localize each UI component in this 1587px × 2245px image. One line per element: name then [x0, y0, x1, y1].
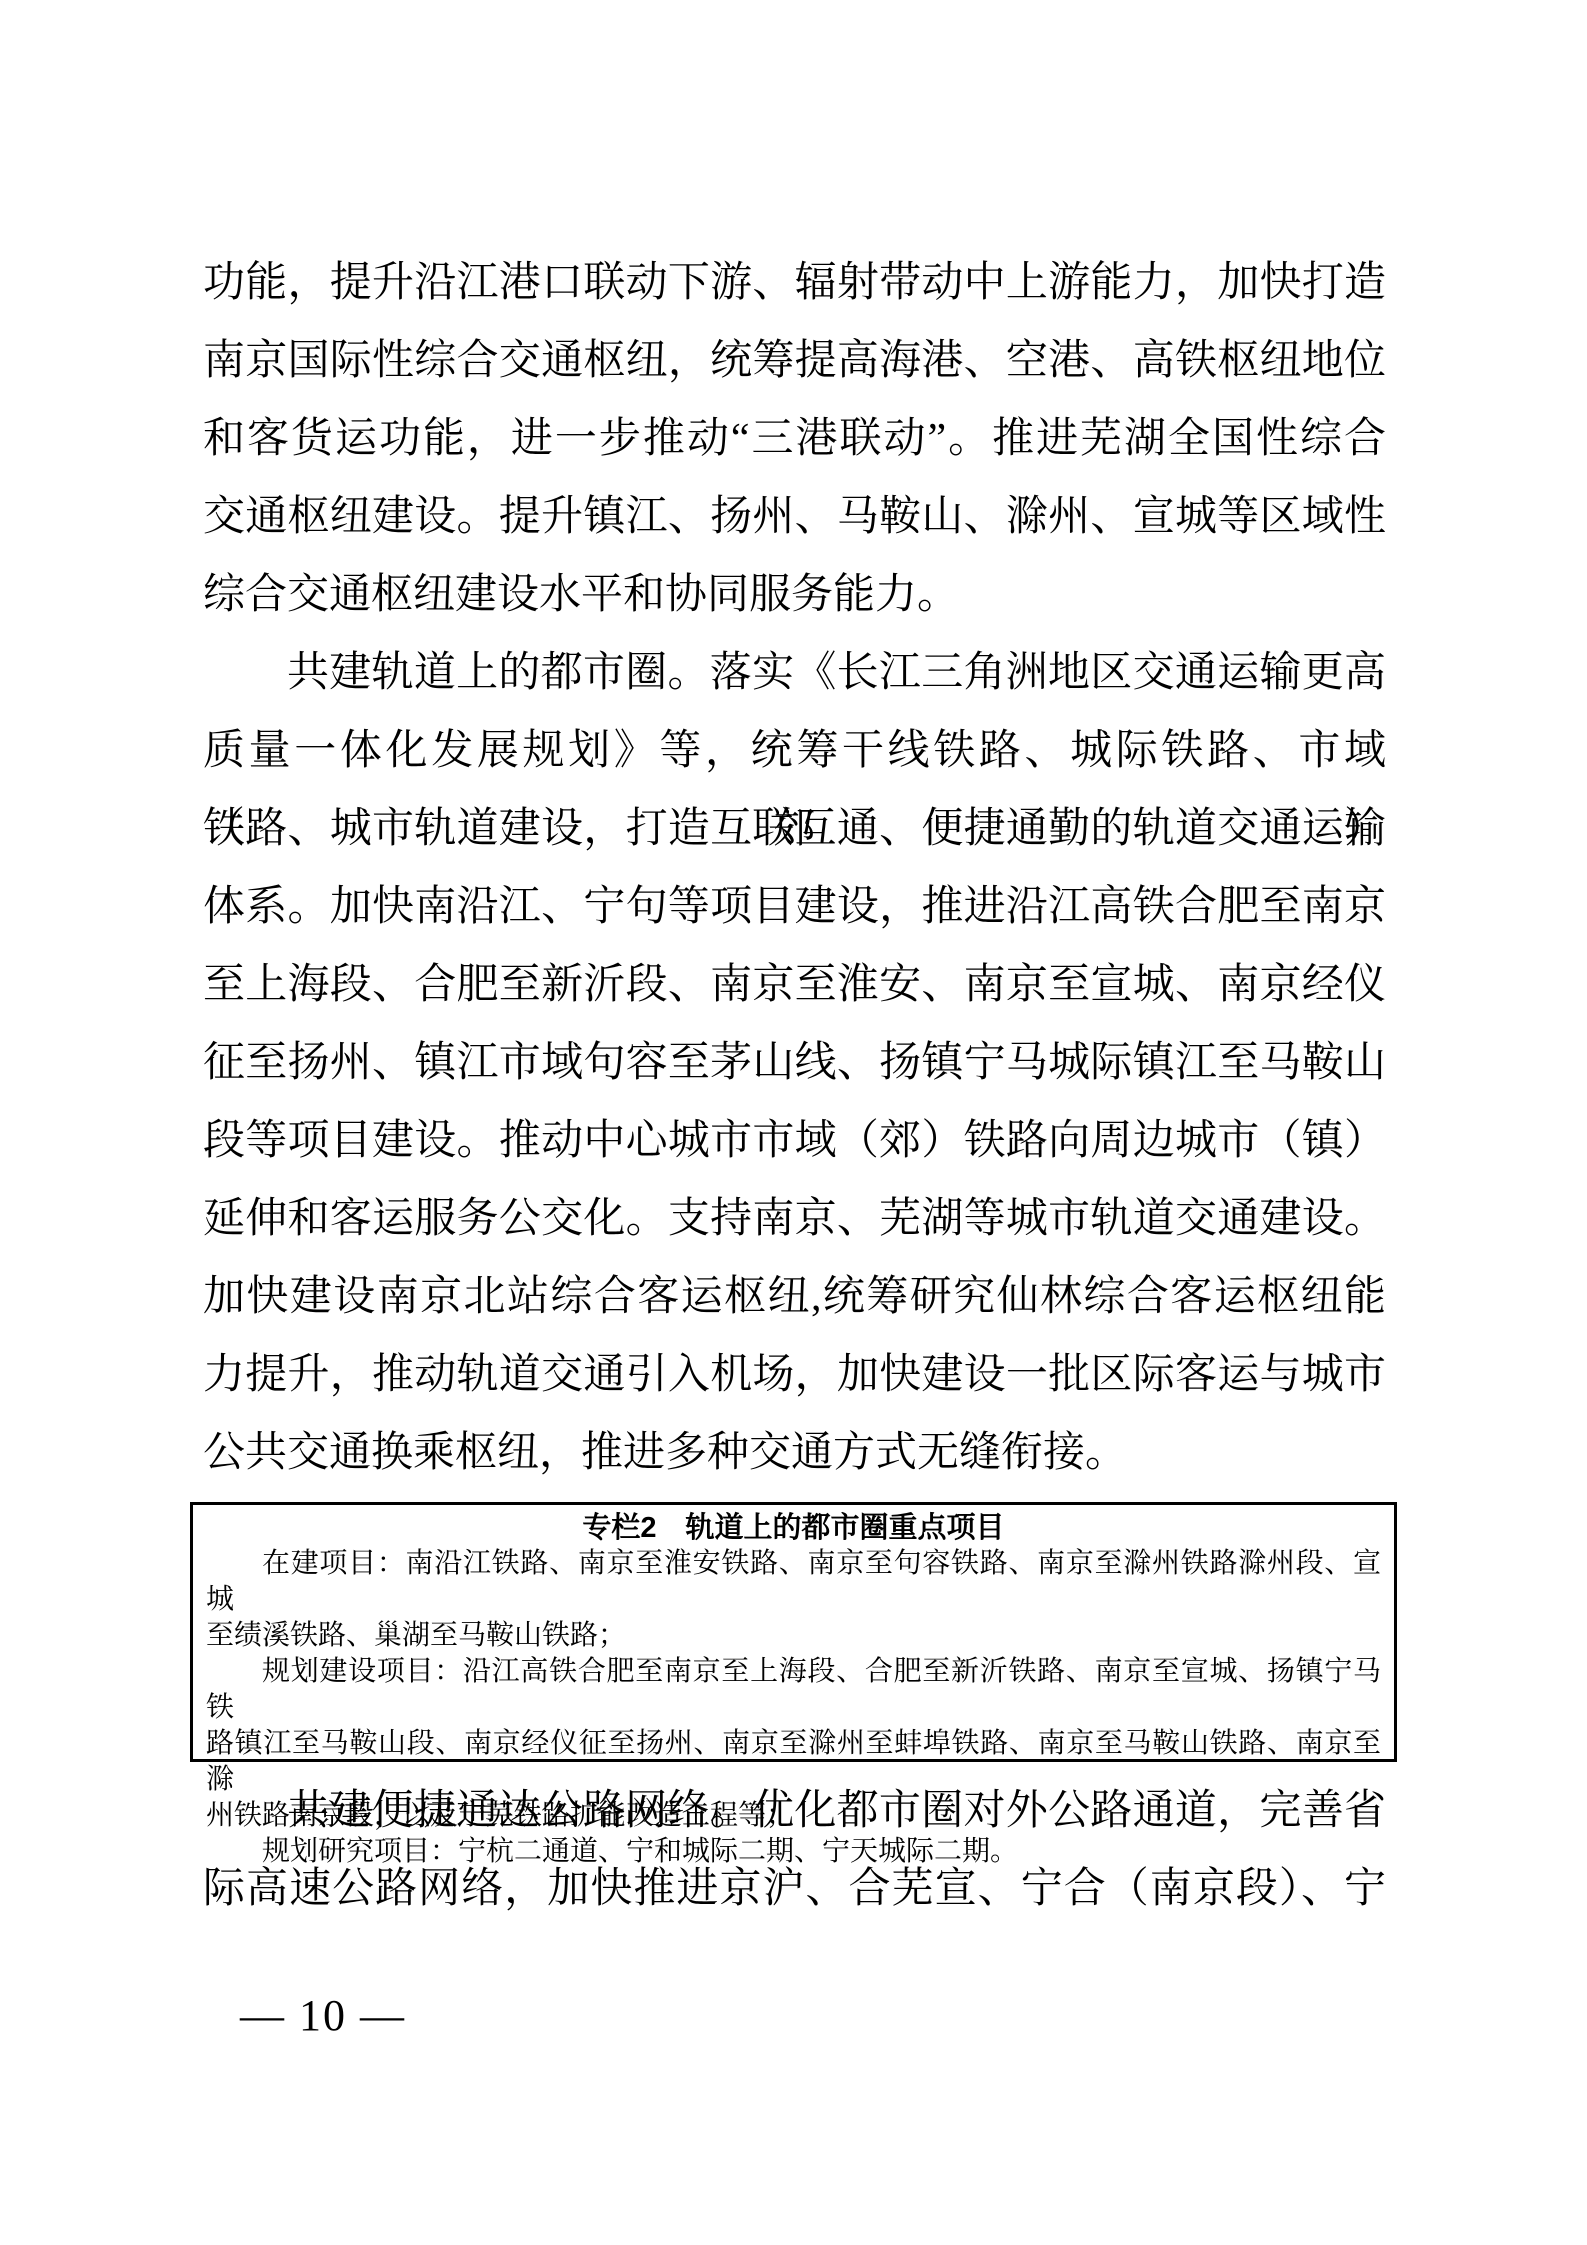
box-title: 专栏2 轨道上的都市圈重点项目	[206, 1510, 1381, 1546]
text-line: 体系。加快南沿江、宁句等项目建设，推进沿江高铁合肥至南京	[203, 868, 1386, 946]
box-line: 至绩溪铁路、巢湖至马鞍山铁路；	[206, 1618, 1381, 1654]
body-text-lower: 共建便捷通达公路网络。优化都市圈对外公路通道，完善省 际高速公路网络，加快推进京…	[203, 1772, 1386, 1928]
document-page: 功能，提升沿江港口联动下游、辐射带动中上游能力，加快打造 南京国际性综合交通枢纽…	[0, 0, 1587, 2245]
text-line: 际高速公路网络，加快推进京沪、合芜宣、宁合（南京段）、宁	[203, 1850, 1386, 1928]
body-text-upper: 功能，提升沿江港口联动下游、辐射带动中上游能力，加快打造 南京国际性综合交通枢纽…	[203, 244, 1386, 1492]
text-line: 交通枢纽建设。提升镇江、扬州、马鞍山、滁州、宣城等区域性	[203, 478, 1386, 556]
text-line: 征至扬州、镇江市域句容至茅山线、扬镇宁马城际镇江至马鞍山	[203, 1024, 1386, 1102]
text-line: 加快建设南京北站综合客运枢纽,统筹研究仙林综合客运枢纽能	[203, 1258, 1386, 1336]
text-line: 共建便捷通达公路网络。优化都市圈对外公路通道，完善省	[203, 1772, 1386, 1850]
text-line: 铁路、城市轨道建设，打造互联互通、便捷通勤的轨道交通运输	[203, 790, 1386, 868]
text-line: 质量一体化发展规划》等，统筹干线铁路、城际铁路、市域（郊）	[203, 712, 1386, 790]
text-line: 和客货运功能，进一步推动“三港联动”。推进芜湖全国性综合	[203, 400, 1386, 478]
text-line: 功能，提升沿江港口联动下游、辐射带动中上游能力，加快打造	[203, 244, 1386, 322]
box-line: 规划建设项目：沿江高铁合肥至南京至上海段、合肥至新沂铁路、南京至宣城、扬镇宁马铁	[206, 1654, 1381, 1726]
text-line: 力提升，推动轨道交通引入机场，加快建设一批区际客运与城市	[203, 1336, 1386, 1414]
text-line: 南京国际性综合交通枢纽，统筹提高海港、空港、高铁枢纽地位	[203, 322, 1386, 400]
highlight-box-column2: 专栏2 轨道上的都市圈重点项目 在建项目：南沿江铁路、南京至淮安铁路、南京至句容…	[190, 1502, 1397, 1762]
text-line: 公共交通换乘枢纽，推进多种交通方式无缝衔接。	[203, 1414, 1386, 1492]
text-line: 至上海段、合肥至新沂段、南京至淮安、南京至宣城、南京经仪	[203, 946, 1386, 1024]
page-number: — 10 —	[240, 1992, 406, 2040]
box-line: 在建项目：南沿江铁路、南京至淮安铁路、南京至句容铁路、南京至滁州铁路滁州段、宣城	[206, 1546, 1381, 1618]
text-line: 延伸和客运服务公交化。支持南京、芜湖等城市轨道交通建设。	[203, 1180, 1386, 1258]
text-line: 综合交通枢纽建设水平和协同服务能力。	[203, 556, 1386, 634]
text-line: 共建轨道上的都市圈。落实《长江三角洲地区交通运输更高	[203, 634, 1386, 712]
text-line: 段等项目建设。推动中心城市市域（郊）铁路向周边城市（镇）	[203, 1102, 1386, 1180]
